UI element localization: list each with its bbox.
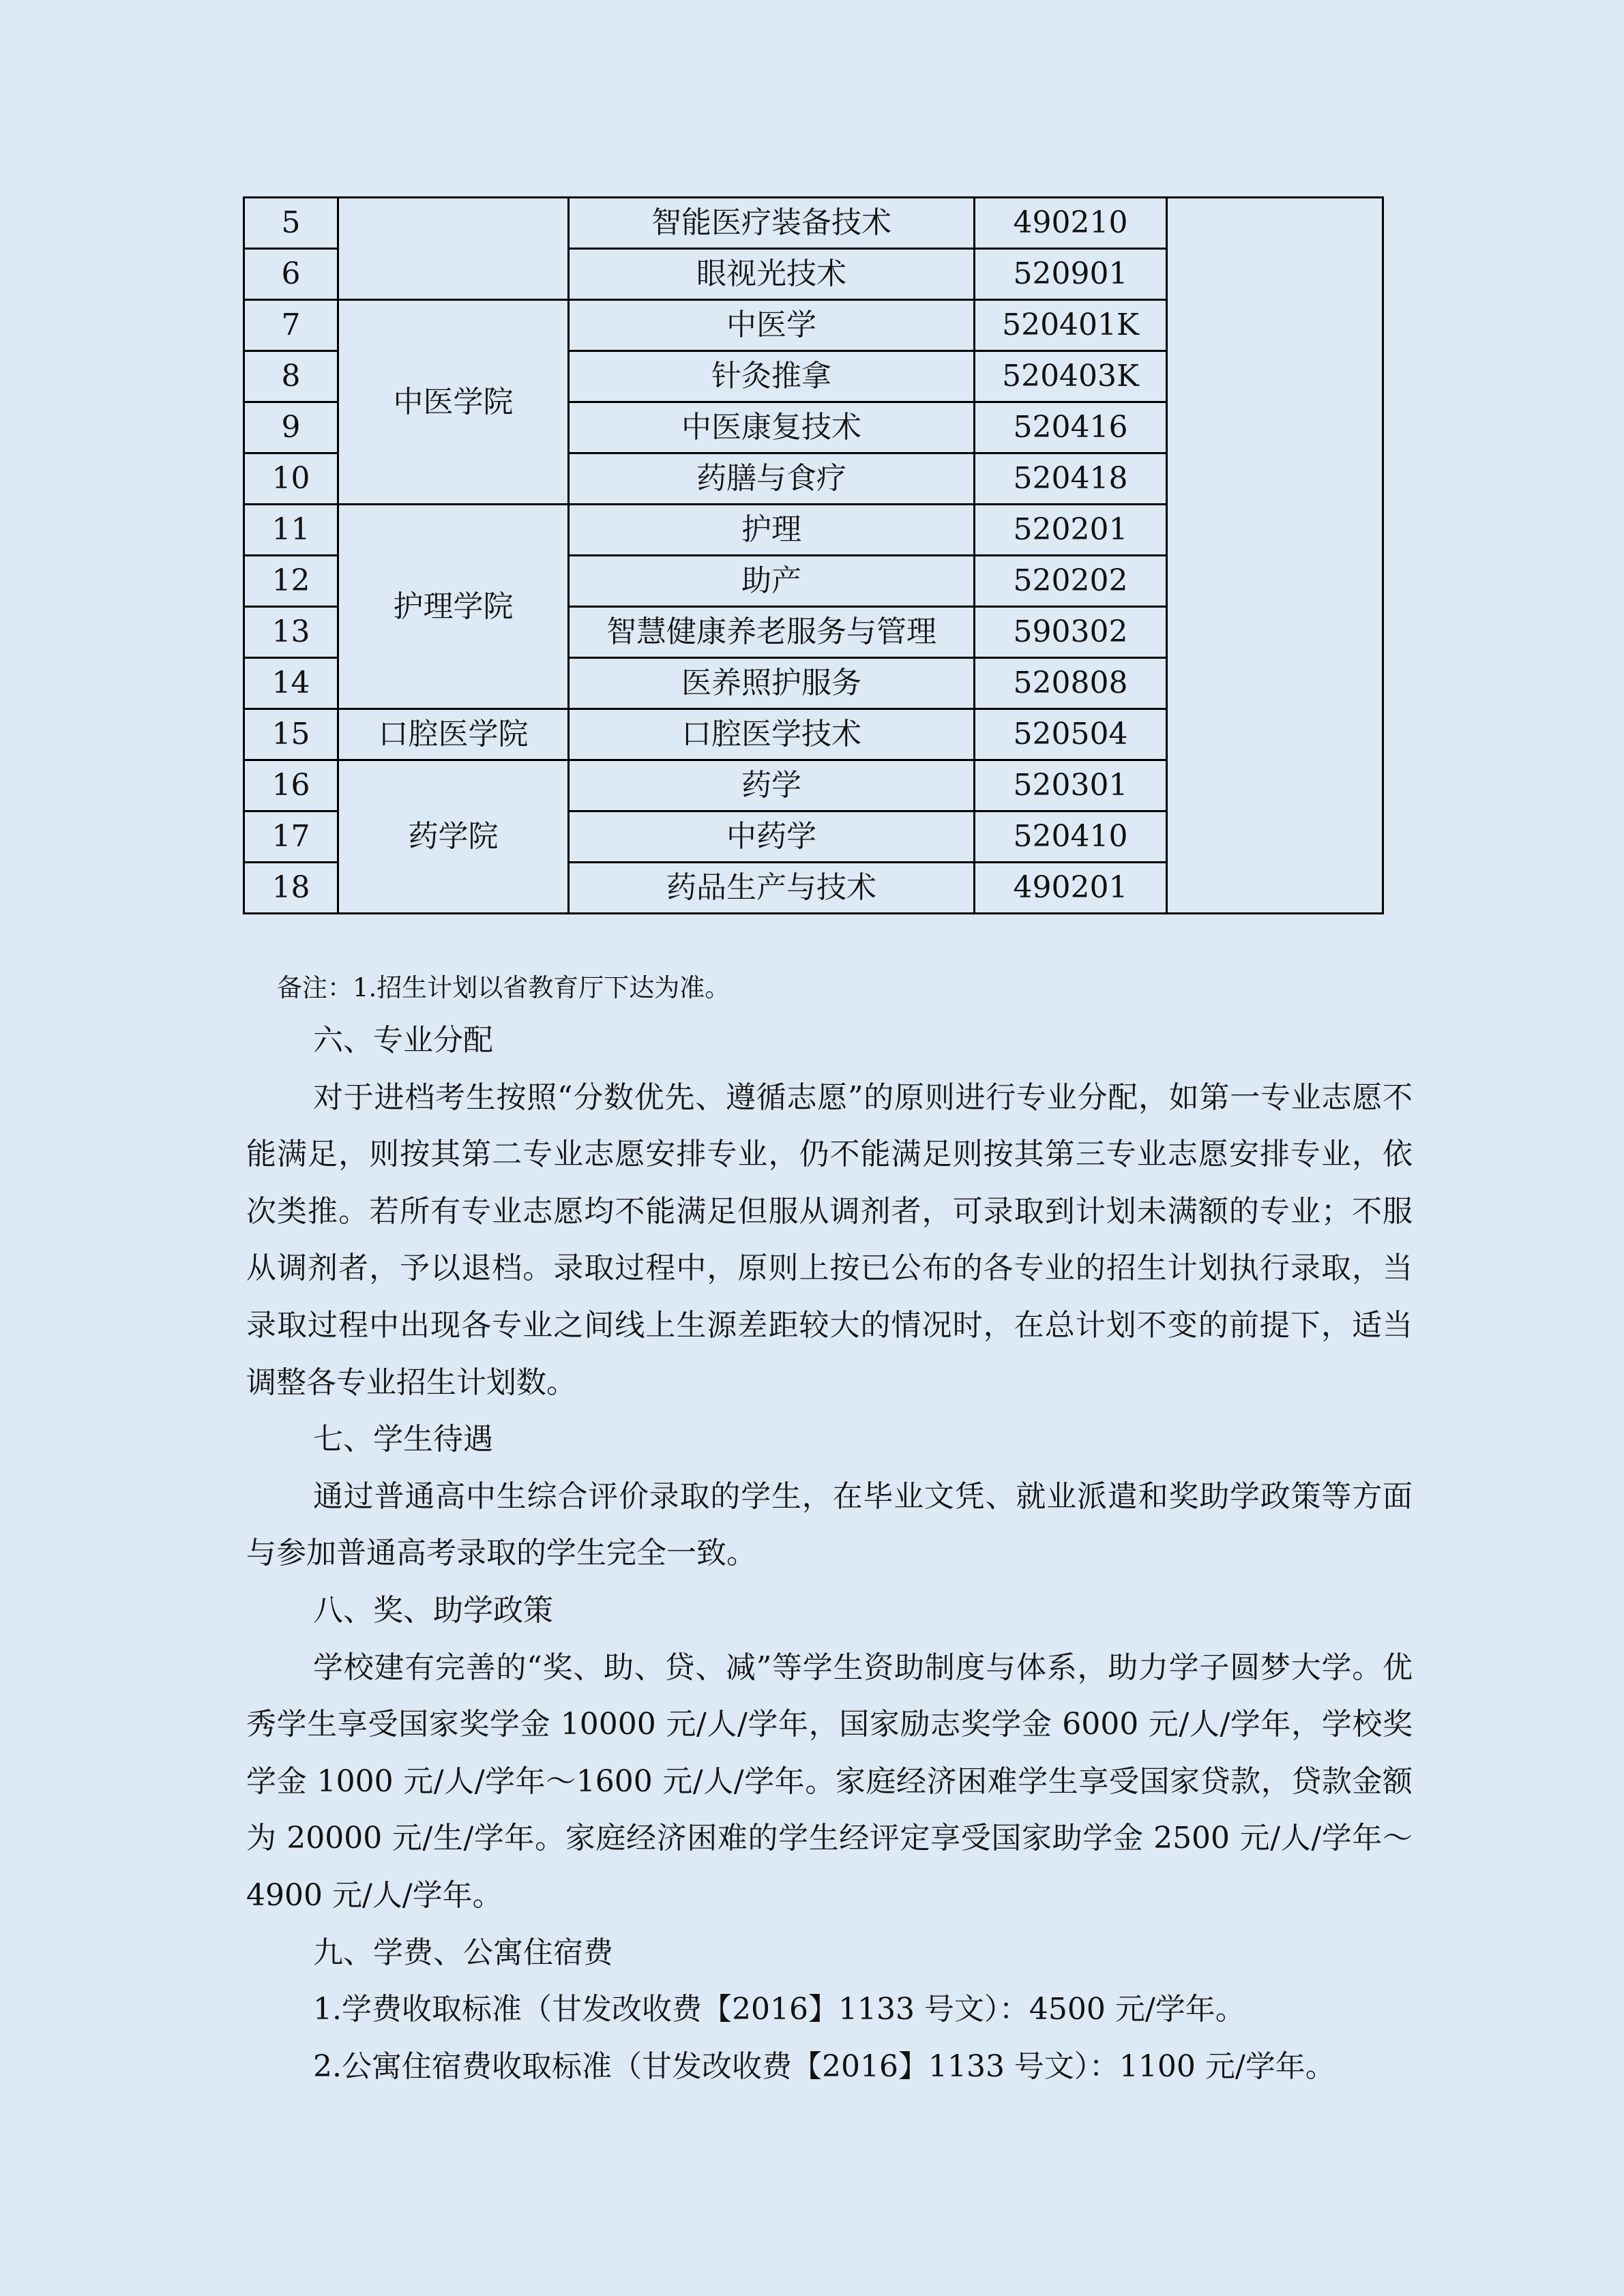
major-name: 药学 (569, 760, 975, 811)
college-cell: 口腔医学院 (338, 709, 569, 760)
major-name: 智能医疗装备技术 (569, 198, 975, 249)
college-cell: 药学院 (338, 760, 569, 914)
major-name: 眼视光技术 (569, 249, 975, 300)
major-name: 医养照护服务 (569, 658, 975, 709)
major-code: 520808 (975, 658, 1167, 709)
table-footnote: 备注：1.招生计划以省教育厅下达为准。 (277, 967, 730, 1004)
row-number: 13 (244, 607, 338, 658)
major-code: 520401K (975, 300, 1167, 351)
major-code: 490210 (975, 198, 1167, 249)
fee-item-dormitory: 2.公寓住宿费收取标准（甘发改收费【2016】1133 号文）：1100 元/学… (246, 2038, 1413, 2096)
row-number: 18 (244, 863, 338, 914)
major-code: 520301 (975, 760, 1167, 811)
paragraph-scholarship: 学校建有完善的“奖、助、贷、减”等学生资助制度与体系，助力学子圆梦大学。优秀学生… (246, 1639, 1413, 1924)
major-name: 中医学 (569, 300, 975, 351)
major-code: 520504 (975, 709, 1167, 760)
major-code: 590302 (975, 607, 1167, 658)
paragraph-allocation: 对于进档考生按照“分数优先、遵循志愿”的原则进行专业分配，如第一专业志愿不能满足… (246, 1069, 1413, 1412)
row-number: 15 (244, 709, 338, 760)
major-code: 520410 (975, 811, 1167, 863)
major-name: 针灸推拿 (569, 351, 975, 402)
row-number: 9 (244, 402, 338, 453)
paragraph-treatment: 通过普通高中生综合评价录取的学生，在毕业文凭、就业派遣和奖助学政策等方面与参加普… (246, 1468, 1413, 1582)
major-name: 中医康复技术 (569, 402, 975, 453)
college-cell (338, 198, 569, 300)
major-name: 护理 (569, 505, 975, 556)
row-number: 6 (244, 249, 338, 300)
row-number: 11 (244, 505, 338, 556)
row-number: 7 (244, 300, 338, 351)
row-number: 5 (244, 198, 338, 249)
row-number: 8 (244, 351, 338, 402)
major-name: 助产 (569, 556, 975, 607)
major-name: 中药学 (569, 811, 975, 863)
major-name: 药膳与食疗 (569, 453, 975, 505)
major-code: 520403K (975, 351, 1167, 402)
document-page: 5 智能医疗装备技术 490210 6 眼视光技术 520901 7 中医学院 … (0, 0, 1624, 2296)
major-code: 520202 (975, 556, 1167, 607)
major-name: 智慧健康养老服务与管理 (569, 607, 975, 658)
major-code: 490201 (975, 863, 1167, 914)
body-text: 六、专业分配 对于进档考生按照“分数优先、遵循志愿”的原则进行专业分配，如第一专… (246, 1012, 1413, 2095)
row-number: 14 (244, 658, 338, 709)
major-name: 药品生产与技术 (569, 863, 975, 914)
major-code: 520416 (975, 402, 1167, 453)
major-name: 口腔医学技术 (569, 709, 975, 760)
enrollment-plan-table: 5 智能医疗装备技术 490210 6 眼视光技术 520901 7 中医学院 … (243, 196, 1384, 914)
major-code: 520901 (975, 249, 1167, 300)
row-number: 16 (244, 760, 338, 811)
fee-item-tuition: 1.学费收取标准（甘发改收费【2016】1133 号文）：4500 元/学年。 (246, 1981, 1413, 2038)
remarks-cell (1167, 198, 1383, 914)
section-heading-scholarship: 八、奖、助学政策 (246, 1582, 1413, 1639)
table-row: 5 智能医疗装备技术 490210 (244, 198, 1383, 249)
college-cell: 中医学院 (338, 300, 569, 505)
row-number: 17 (244, 811, 338, 863)
major-code: 520201 (975, 505, 1167, 556)
section-heading-allocation: 六、专业分配 (246, 1012, 1413, 1069)
major-code: 520418 (975, 453, 1167, 505)
row-number: 10 (244, 453, 338, 505)
row-number: 12 (244, 556, 338, 607)
college-cell: 护理学院 (338, 505, 569, 709)
section-heading-fees: 九、学费、公寓住宿费 (246, 1924, 1413, 1982)
section-heading-treatment: 七、学生待遇 (246, 1411, 1413, 1468)
